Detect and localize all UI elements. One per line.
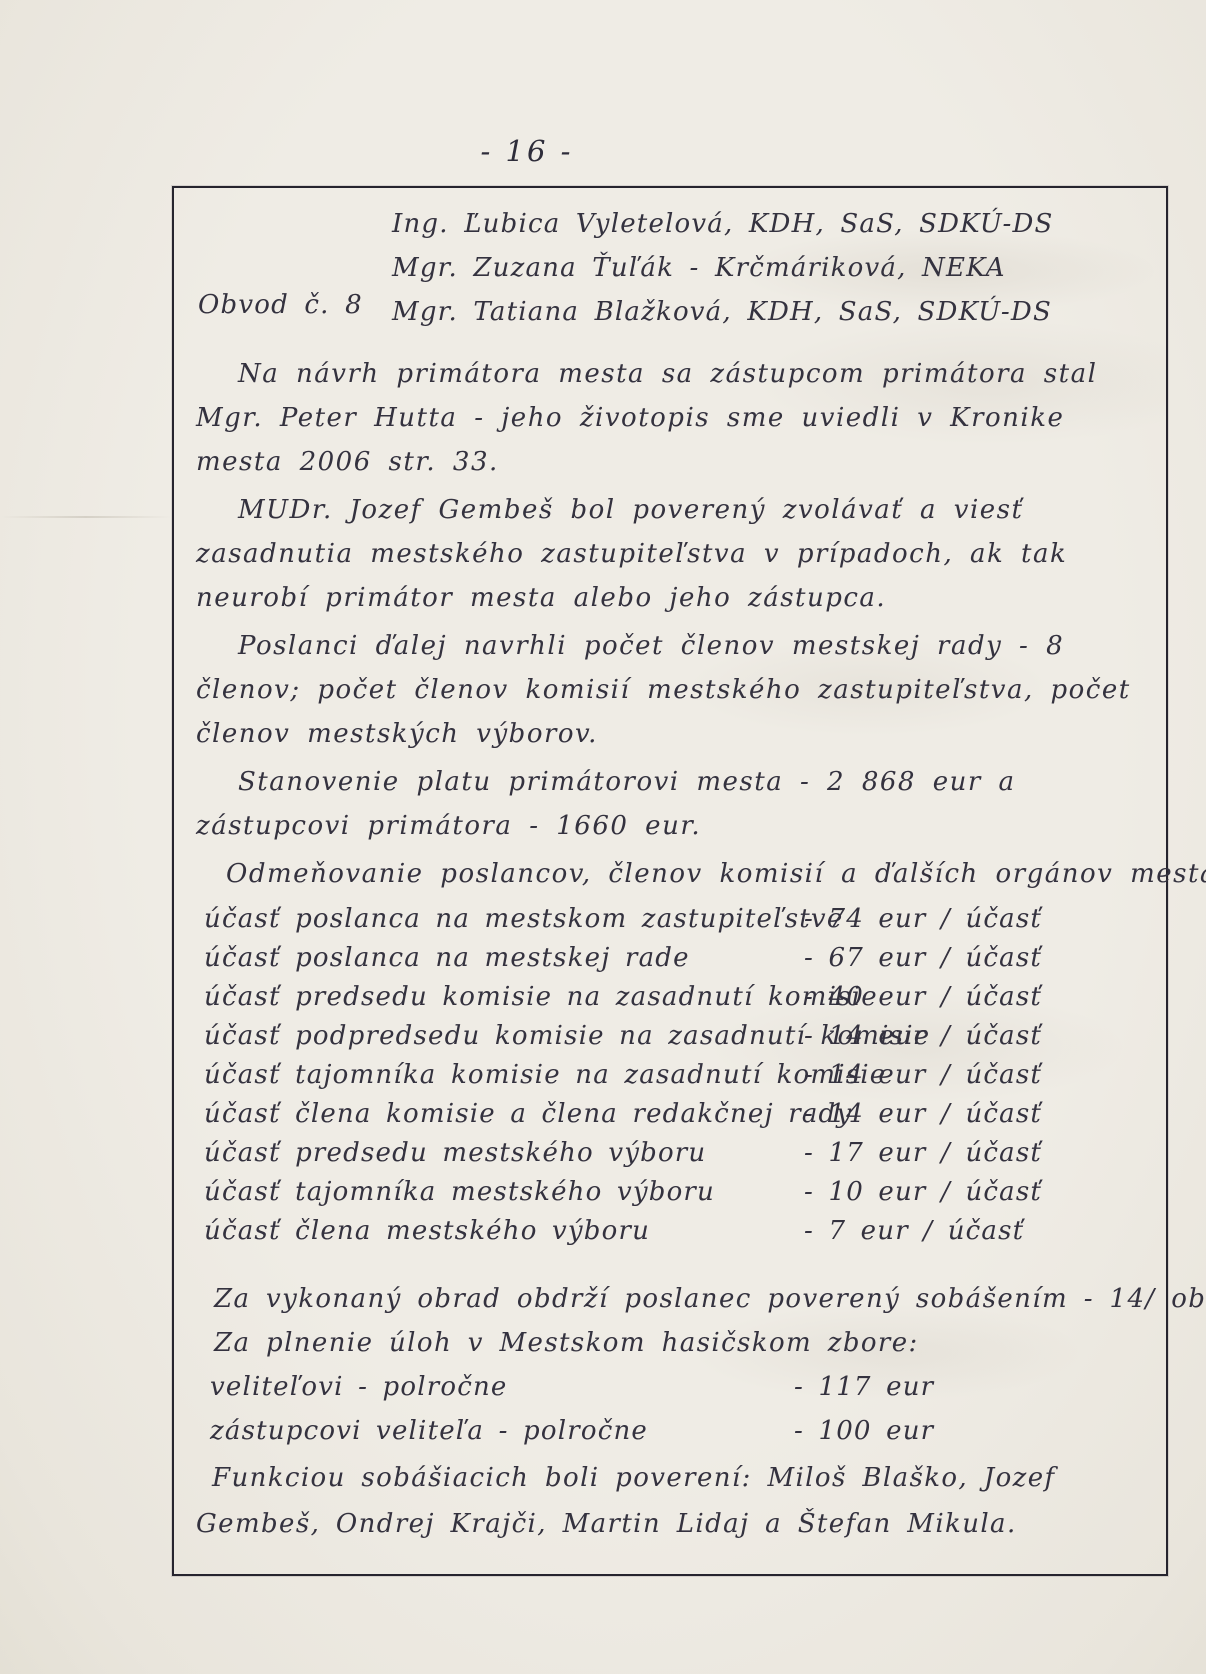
paragraph-convening: MUDr. Jozef Gembeš bol poverený zvolávať… (196, 488, 1142, 620)
paper-crease (0, 516, 172, 518)
council-member: Mgr. Zuzana Ťuľák - Krčmáriková, NEKA (392, 246, 1142, 290)
remuneration-row: účasť podpredsedu komisie na zasadnutí k… (204, 1017, 1142, 1056)
paragraph-deputy-mayor: Na návrh primátora mesta sa zástupcom pr… (196, 352, 1142, 484)
fire-brigade-row: zástupcovi veliteľa - polročne - 100 eur (210, 1409, 1142, 1453)
council-member: Mgr. Tatiana Blažková, KDH, SaS, SDKÚ-DS (392, 290, 1142, 334)
remuneration-row: účasť predsedu mestského výboru - 17 eur… (204, 1134, 1142, 1173)
remuneration-amount: - 67 eur / účasť (804, 939, 1042, 978)
section-gap (196, 1253, 1142, 1277)
fire-brigade-label: veliteľovi - polročne (210, 1365, 794, 1409)
paragraph-salary: Stanovenie platu primátorovi mesta - 2 8… (196, 760, 1142, 848)
remuneration-amount: - 74 eur / účasť (804, 900, 1042, 939)
remuneration-row: účasť tajomníka komisie na zasadnutí kom… (204, 1056, 1142, 1095)
remuneration-amount: - 7 eur / účasť (804, 1212, 1024, 1251)
fire-brigade-row: veliteľovi - polročne - 117 eur (210, 1365, 1142, 1409)
remuneration-amount: - 40 eur / účasť (804, 978, 1042, 1017)
council-members-list: Ing. Ľubica Vyletelová, KDH, SaS, SDKÚ-D… (392, 202, 1142, 334)
remuneration-label: účasť predsedu komisie na zasadnutí komi… (204, 978, 804, 1017)
remuneration-label: účasť tajomníka mestského výboru (204, 1173, 804, 1212)
fire-brigade-amount: - 117 eur (794, 1365, 934, 1409)
remuneration-label: účasť poslanca na mestskom zastupiteľstv… (204, 900, 804, 939)
remuneration-label: účasť člena komisie a člena redakčnej ra… (204, 1095, 804, 1134)
remuneration-label: účasť člena mestského výboru (204, 1212, 804, 1251)
fire-brigade-amount: - 100 eur (794, 1409, 934, 1453)
page-number: - 16 - (382, 134, 672, 168)
remuneration-row: účasť člena mestského výboru - 7 eur / ú… (204, 1212, 1142, 1251)
remuneration-list: účasť poslanca na mestskom zastupiteľstv… (204, 900, 1142, 1251)
paragraph-officiants: Funkciou sobášiacich boli poverení: Milo… (196, 1455, 1142, 1547)
remuneration-row: účasť poslanca na mestskom zastupiteľstv… (204, 900, 1142, 939)
district-label: Obvod č. 8 (198, 290, 363, 320)
paragraph-wedding-fee: Za vykonaný obrad obdrží poslanec povere… (196, 1277, 1142, 1321)
remuneration-label: účasť predsedu mestského výboru (204, 1134, 804, 1173)
paragraph-fire-brigade-heading: Za plnenie úloh v Mestskom hasičskom zbo… (196, 1321, 1142, 1365)
chronicle-page-frame: Obvod č. 8 Ing. Ľubica Vyletelová, KDH, … (172, 186, 1168, 1576)
remuneration-row: účasť predsedu komisie na zasadnutí komi… (204, 978, 1142, 1017)
council-members-header: Obvod č. 8 Ing. Ľubica Vyletelová, KDH, … (196, 202, 1142, 334)
remuneration-row: účasť člena komisie a člena redakčnej ra… (204, 1095, 1142, 1134)
fire-brigade-label: zástupcovi veliteľa - polročne (210, 1409, 794, 1453)
council-member: Ing. Ľubica Vyletelová, KDH, SaS, SDKÚ-D… (392, 202, 1142, 246)
remuneration-amount: - 10 eur / účasť (804, 1173, 1042, 1212)
remuneration-row: účasť poslanca na mestskej rade - 67 eur… (204, 939, 1142, 978)
paragraph-council-counts: Poslanci ďalej navrhli počet členov mest… (196, 624, 1142, 756)
fire-brigade-list: veliteľovi - polročne - 117 eur zástupco… (210, 1365, 1142, 1453)
remuneration-row: účasť tajomníka mestského výboru - 10 eu… (204, 1173, 1142, 1212)
remuneration-amount: - 14 eur / účasť (804, 1095, 1042, 1134)
remuneration-label: účasť podpredsedu komisie na zasadnutí k… (204, 1017, 804, 1056)
remuneration-label: účasť tajomníka komisie na zasadnutí kom… (204, 1056, 804, 1095)
paragraph-remuneration-heading: Odmeňovanie poslancov, členov komisií a … (196, 852, 1142, 896)
remuneration-amount: - 17 eur / účasť (804, 1134, 1042, 1173)
remuneration-amount: - 14 eur / účasť (804, 1017, 1042, 1056)
remuneration-amount: - 14 eur / účasť (804, 1056, 1042, 1095)
remuneration-label: účasť poslanca na mestskej rade (204, 939, 804, 978)
